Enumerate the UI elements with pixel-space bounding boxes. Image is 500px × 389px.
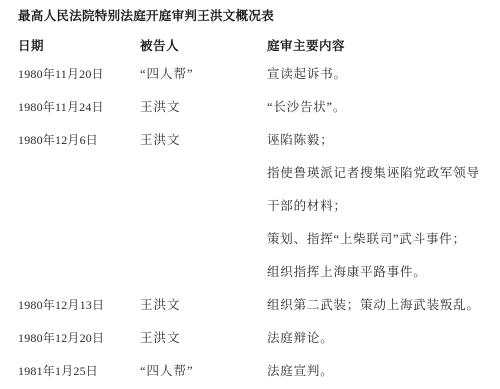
- content-cell: “长沙告状”。: [267, 91, 490, 124]
- table-row: 1980年12月6日 王洪文 诬陷陈毅； 指使鲁瑛派记者搜集诬陷党政军领导 干部…: [18, 124, 490, 289]
- column-header-date: 日期: [18, 38, 140, 54]
- document: 最高人民法院特别法庭开庭审判王洪文概况表 日期 被告人 庭审主要内容 1980年…: [0, 0, 500, 389]
- date-cell: 1981年1月25日: [18, 355, 140, 388]
- date-cell: 1980年12月6日: [18, 124, 140, 157]
- table-row: 1981年1月25日 “四人帮” 法庭宣判。: [18, 355, 490, 388]
- defendant-cell: 王洪文: [140, 124, 267, 157]
- content-line: 组织指挥上海康平路事件。: [267, 256, 490, 289]
- content-cell: 宣读起诉书。: [267, 58, 490, 91]
- content-cell: 组织第二武装；策动上海武装叛乱。: [267, 289, 490, 322]
- content-line: 法庭宣判。: [267, 355, 490, 388]
- page-title: 最高人民法院特别法庭开庭审判王洪文概况表: [18, 8, 490, 24]
- date-cell: 1980年11月20日: [18, 58, 140, 91]
- defendant-cell: “四人帮”: [140, 355, 267, 388]
- column-header-defendant: 被告人: [140, 38, 267, 54]
- content-line: 组织第二武装；策动上海武装叛乱。: [267, 289, 490, 322]
- defendant-cell: 王洪文: [140, 289, 267, 322]
- content-line: 法庭辩论。: [267, 322, 490, 355]
- content-line: 指使鲁瑛派记者搜集诬陷党政军领导: [267, 157, 490, 190]
- content-cell: 法庭辩论。: [267, 322, 490, 355]
- table-row: 1980年12月13日 王洪文 组织第二武装；策动上海武装叛乱。: [18, 289, 490, 322]
- content-line: 策划、指挥“上柴联司”武斗事件；: [267, 223, 490, 256]
- defendant-cell: 王洪文: [140, 91, 267, 124]
- defendant-cell: 王洪文: [140, 322, 267, 355]
- date-cell: 1980年12月20日: [18, 322, 140, 355]
- content-line: 干部的材料；: [267, 190, 490, 223]
- content-cell: 法庭宣判。: [267, 355, 490, 388]
- content-line: 宣读起诉书。: [267, 58, 490, 91]
- content-line: “长沙告状”。: [267, 91, 490, 124]
- column-header-content: 庭审主要内容: [267, 38, 490, 54]
- content-cell: 诬陷陈毅； 指使鲁瑛派记者搜集诬陷党政军领导 干部的材料； 策划、指挥“上柴联司…: [267, 124, 490, 289]
- date-cell: 1980年11月24日: [18, 91, 140, 124]
- table-row: 1980年11月20日 “四人帮” 宣读起诉书。: [18, 58, 490, 91]
- defendant-cell: “四人帮”: [140, 58, 267, 91]
- date-cell: 1980年12月13日: [18, 289, 140, 322]
- table-body: 1980年11月20日 “四人帮” 宣读起诉书。 1980年11月24日 王洪文…: [18, 58, 490, 388]
- table-header-row: 日期 被告人 庭审主要内容: [18, 38, 490, 54]
- table-row: 1980年11月24日 王洪文 “长沙告状”。: [18, 91, 490, 124]
- table-row: 1980年12月20日 王洪文 法庭辩论。: [18, 322, 490, 355]
- content-line: 诬陷陈毅；: [267, 124, 490, 157]
